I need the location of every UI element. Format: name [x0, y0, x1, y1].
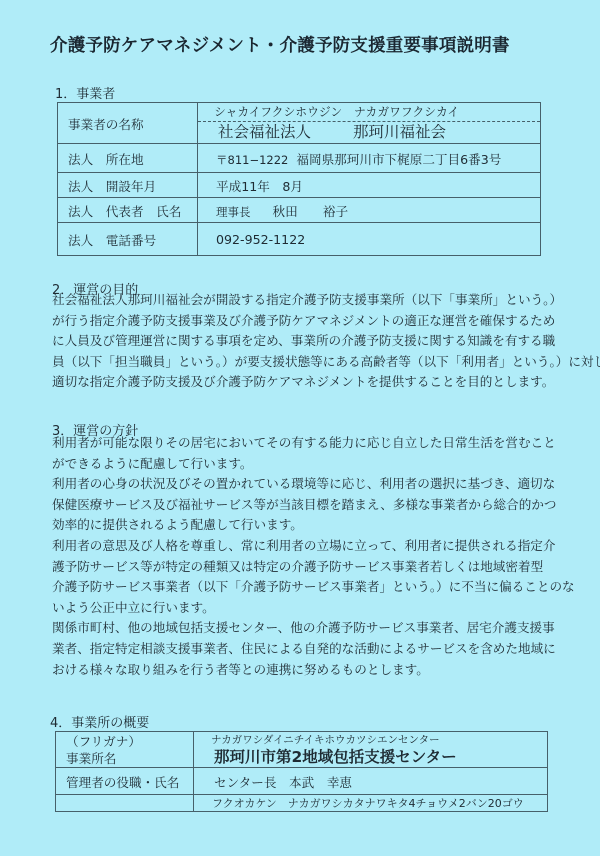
- table-row: 事業者の名称 シャカイフクシホウジン ナカガワフクシカイ 社会福祉法人那珂川福祉…: [58, 103, 541, 144]
- phone-value: 092-952-1122: [198, 223, 541, 256]
- address-cell: 〒811−1222 福岡県那珂川市下梶原二丁目6番3号: [198, 144, 541, 173]
- address-kana-label: [56, 795, 194, 812]
- manager-value: センター長 本武 幸恵: [194, 768, 548, 795]
- operator-type: 社会福祉法人: [218, 123, 311, 141]
- office-name-label-cell: （フリガナ） 事業所名: [56, 732, 194, 768]
- paragraph-line: 護予防サービス等が特定の種類又は特定の介護予防サービス事業者若しくは地域密着型: [52, 557, 575, 578]
- representative-name: 秋田 裕子: [273, 204, 349, 219]
- operator-name-value: 社会福祉法人那珂川福祉会: [198, 122, 540, 143]
- table-row: （フリガナ） 事業所名 ナカガワシダイニチイキホウカツシエンセンター 那珂川市第…: [56, 732, 548, 768]
- table-row: フクオカケン ナカガワシカタナワキタ4チョウメ2バン20ゴウ: [56, 795, 548, 812]
- paragraph-line: に人員及び管理運営に関する事項を定め、事業所の介護予防支援に関する知識を有する職: [52, 331, 600, 352]
- founded-label: 法人 開設年月: [58, 173, 198, 198]
- paragraph-line: いよう公正中立に行います。: [52, 598, 575, 619]
- table-row: 法人 所在地 〒811−1222 福岡県那珂川市下梶原二丁目6番3号: [58, 144, 541, 173]
- paragraph-line: 業者、指定特定相談支援事業者、住民による自発的な活動によるサービスを含めた地域に: [52, 639, 575, 660]
- paragraph-line: おける様々な取り組みを行う者等との連携に努めるものとします。: [52, 660, 575, 681]
- address-value: 福岡県那珂川市下梶原二丁目6番3号: [296, 152, 501, 167]
- founded-value: 平成11年 8月: [198, 173, 541, 198]
- furigana-label: （フリガナ）: [66, 733, 193, 750]
- operator-name: 那珂川福祉会: [353, 123, 446, 141]
- document-title: 介護予防ケアマネジメント・介護予防支援重要事項説明書: [50, 32, 510, 57]
- office-name-cell: ナカガワシダイニチイキホウカツシエンセンター 那珂川市第2地域包括支援センター: [194, 732, 548, 768]
- operator-name-kana: シャカイフクシホウジン ナカガワフクシカイ: [198, 103, 540, 122]
- address-label: 法人 所在地: [58, 144, 198, 173]
- operator-name-label: 事業者の名称: [58, 103, 198, 144]
- paragraph-line: 関係市町村、他の地域包括支援センター、他の介護予防サービス事業者、居宅介護支援事: [52, 618, 575, 639]
- table-row: 管理者の役職・氏名 センター長 本武 幸恵: [56, 768, 548, 795]
- paragraph-line: 利用者の心身の状況及びその置かれている環境等に応じ、利用者の選択に基づき、適切な: [52, 474, 575, 495]
- paragraph-line: が行う指定介護予防支援事業及び介護予防ケアマネジメントの適正な運営を確保するため: [52, 311, 600, 332]
- paragraph-line: ができるように配慮して行います。: [52, 454, 575, 475]
- section-4-heading: 4．事業所の概要: [50, 712, 149, 731]
- representative-label: 法人 代表者 氏名: [58, 198, 198, 223]
- phone-label: 法人 電話番号: [58, 223, 198, 256]
- table-row: 法人 電話番号 092-952-1122: [58, 223, 541, 256]
- table-row: 法人 開設年月 平成11年 8月: [58, 173, 541, 198]
- office-table: （フリガナ） 事業所名 ナカガワシダイニチイキホウカツシエンセンター 那珂川市第…: [55, 731, 548, 812]
- paragraph-line: 保健医療サービス及び福祉サービス等が当該目標を踏まえ、多様な事業者から総合的かつ: [52, 495, 575, 516]
- office-name-label: 事業所名: [66, 750, 193, 767]
- representative-cell: 理事長 秋田 裕子: [198, 198, 541, 223]
- paragraph-line: 適切な指定介護予防支援及び介護予防ケアマネジメントを提供することを目的とします。: [52, 372, 600, 393]
- representative-title: 理事長: [216, 205, 251, 219]
- section-2-body: 社会福祉法人那珂川福祉会が開設する指定介護予防支援事業所（以下「事業所」という。…: [52, 290, 600, 393]
- paragraph-line: 介護予防サービス事業者（以下「介護予防サービス事業者」という。）に不当に偏ること…: [52, 577, 575, 598]
- section-3-body: 利用者が可能な限りその居宅においてその有する能力に応じ自立した日常生活を営むこと…: [52, 433, 575, 680]
- paragraph-line: 利用者が可能な限りその居宅においてその有する能力に応じ自立した日常生活を営むこと: [52, 433, 575, 454]
- operator-table: 事業者の名称 シャカイフクシホウジン ナカガワフクシカイ 社会福祉法人那珂川福祉…: [57, 102, 541, 256]
- paragraph-line: 社会福祉法人那珂川福祉会が開設する指定介護予防支援事業所（以下「事業所」という。…: [52, 290, 600, 311]
- postal-code: 〒811−1222: [216, 153, 288, 167]
- office-name: 那珂川市第2地域包括支援センター: [211, 747, 547, 767]
- address-kana: フクオカケン ナカガワシカタナワキタ4チョウメ2バン20ゴウ: [194, 795, 548, 812]
- office-name-kana: ナカガワシダイニチイキホウカツシエンセンター: [211, 733, 547, 747]
- section-1-heading: 1．事業者: [55, 83, 115, 102]
- paragraph-line: 効率的に提供されるよう配慮して行います。: [52, 515, 575, 536]
- paragraph-line: 利用者の意思及び人格を尊重し、常に利用者の立場に立って、利用者に提供される指定介: [52, 536, 575, 557]
- manager-label: 管理者の役職・氏名: [56, 768, 194, 795]
- operator-name-cell: シャカイフクシホウジン ナカガワフクシカイ 社会福祉法人那珂川福祉会: [198, 103, 541, 144]
- paragraph-line: 員（以下「担当職員」という。）が要支援状態等にある高齢者等（以下「利用者」という…: [52, 352, 600, 373]
- table-row: 法人 代表者 氏名 理事長 秋田 裕子: [58, 198, 541, 223]
